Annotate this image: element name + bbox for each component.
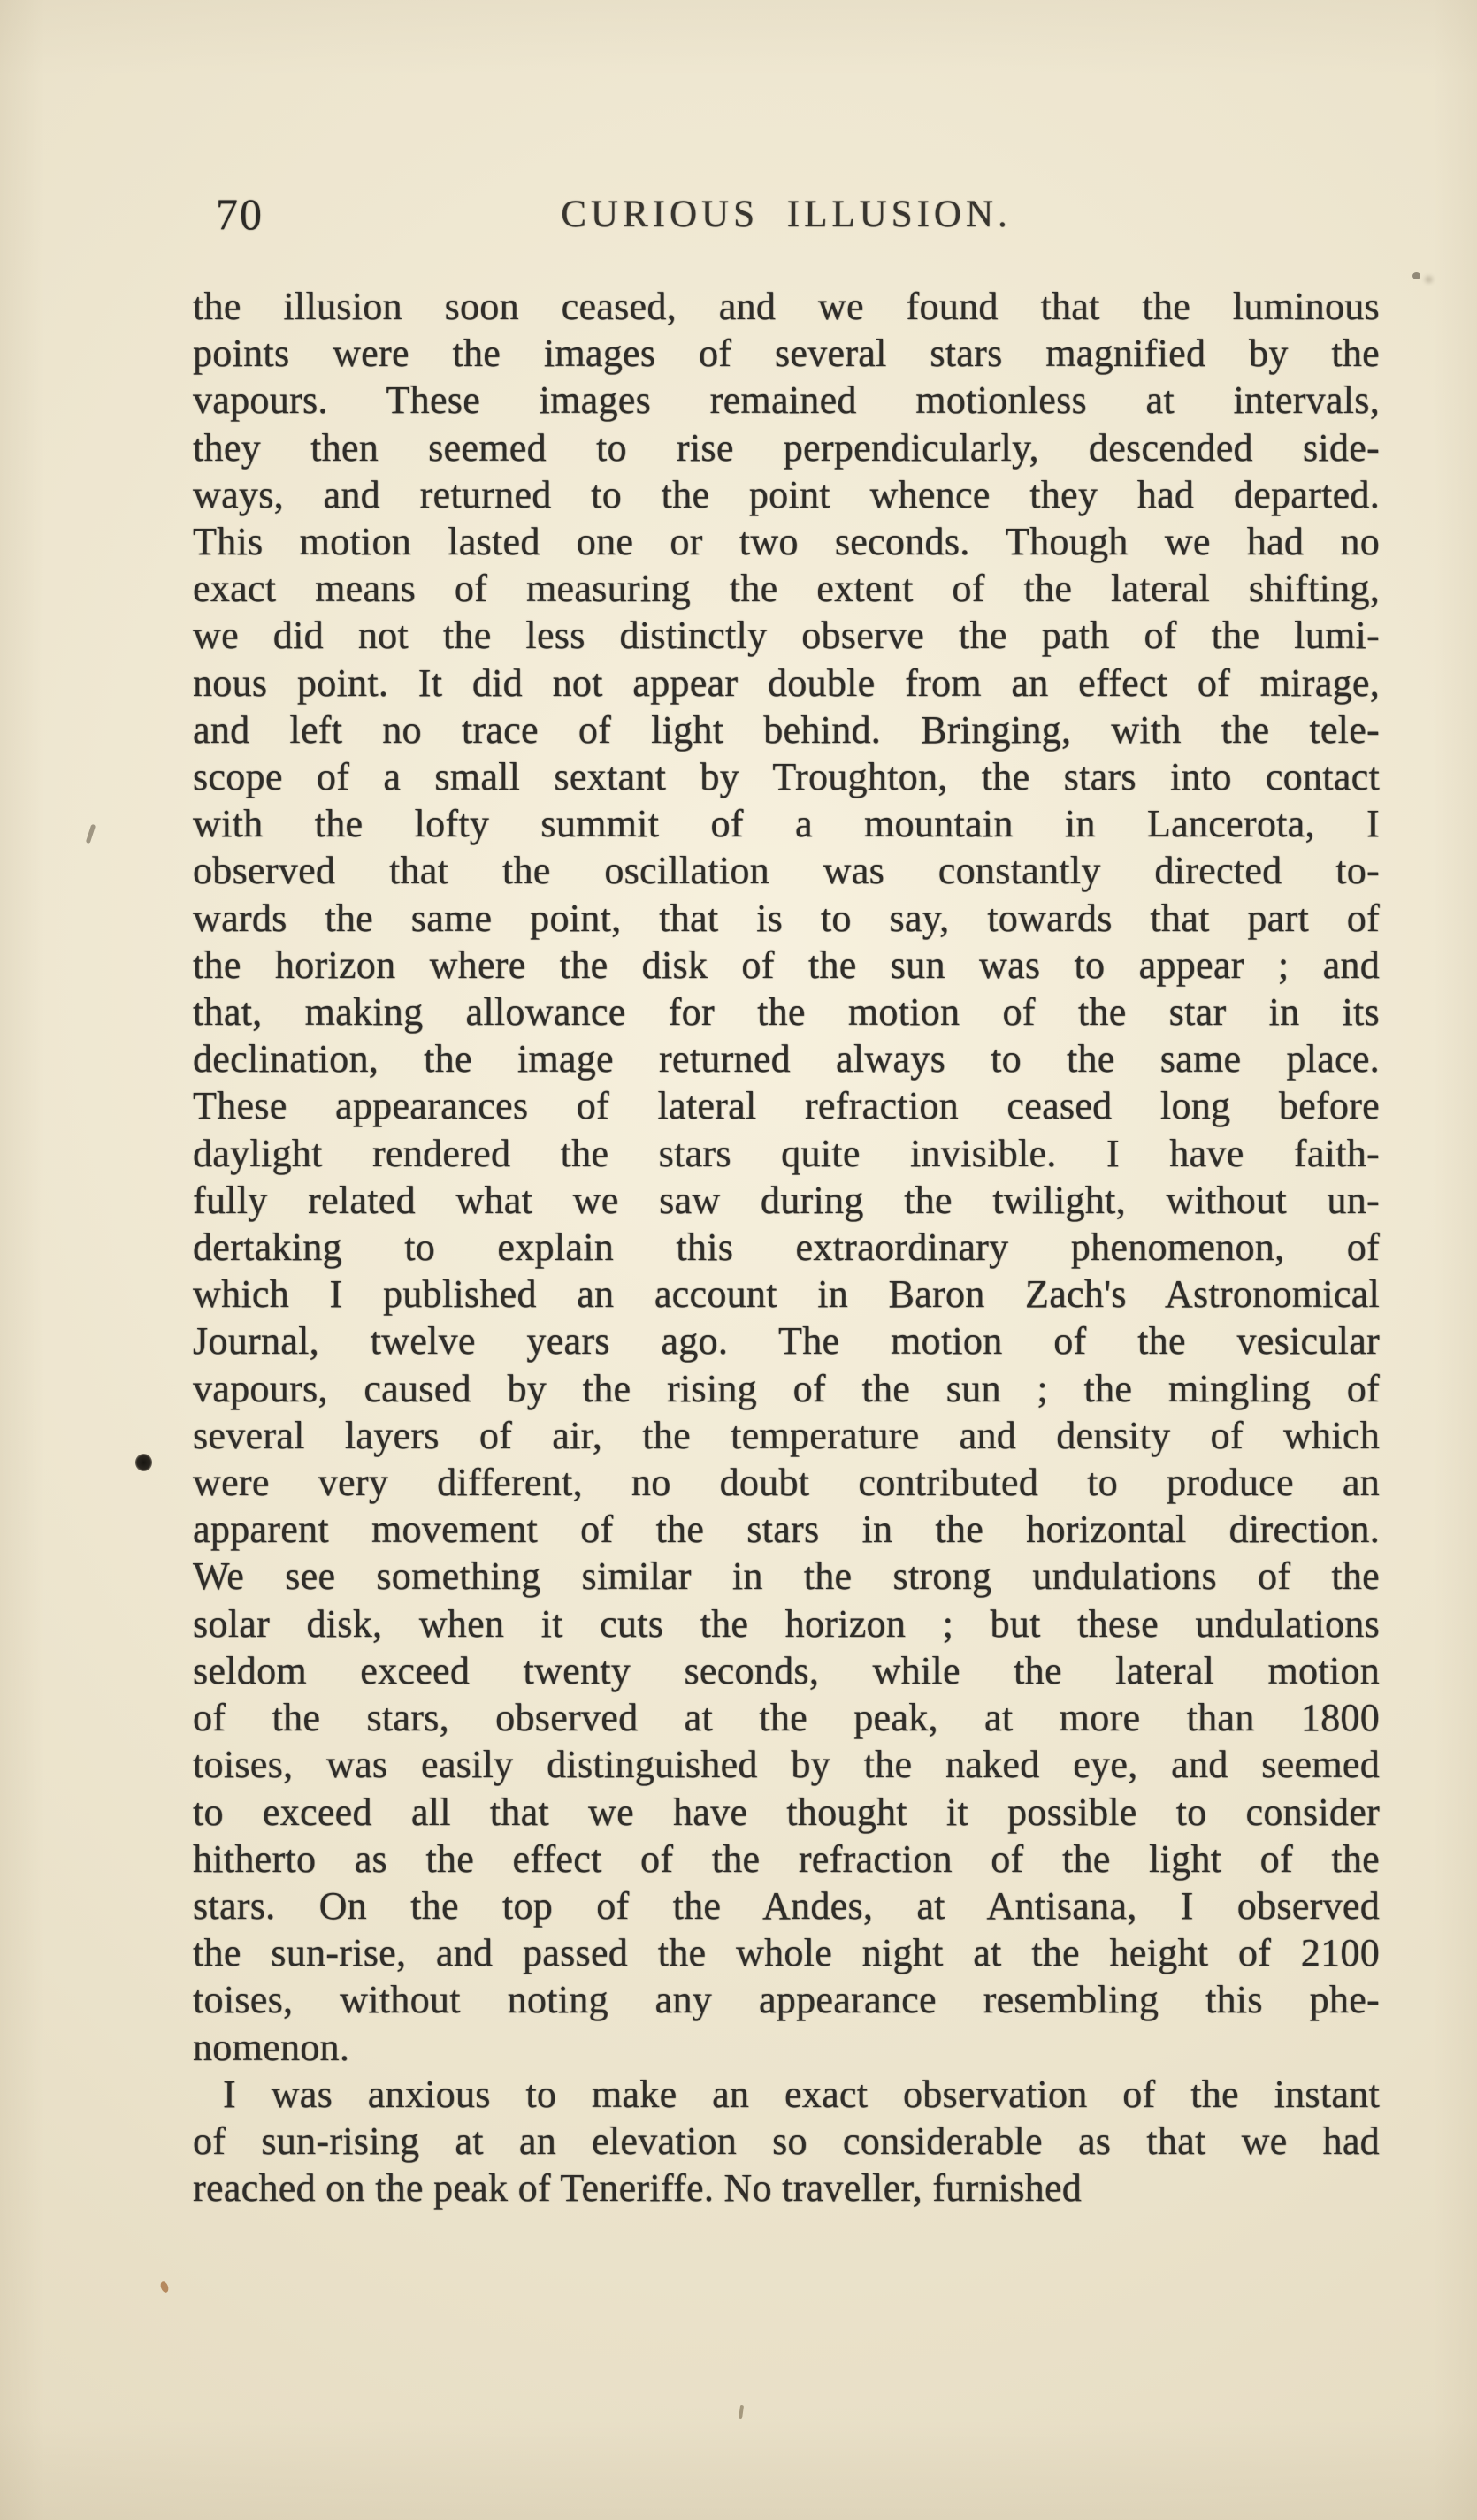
text-line: toises, was easily distinguished by the … [193,1741,1380,1788]
text-line: fully related what we saw during the twi… [193,1177,1380,1224]
ink-speck [159,2280,170,2294]
text-line: observed that the oscillation was consta… [193,847,1380,894]
text-line: the horizon where the disk of the sun wa… [193,942,1380,989]
text-line: toises, without noting any appearance re… [193,1976,1380,2023]
text-line: seldom exceed twenty seconds, while the … [193,1647,1380,1694]
paragraph: the illusion soon ceased, and we found t… [193,283,1380,2071]
text-line: We see something similar in the strong u… [193,1553,1380,1600]
text-line: dertaking to explain this extraordinary … [193,1224,1380,1271]
text-line: stars. On the top of the Andes, at Antis… [193,1882,1380,1929]
text-line: exact means of measuring the extent of t… [193,565,1380,612]
paragraph: I was anxious to make an exact observati… [193,2071,1380,2212]
text-line: I was anxious to make an exact observati… [193,2071,1380,2118]
text-line: nomenon. [193,2024,1380,2071]
text-line: vapours, caused by the rising of the sun… [193,1365,1380,1412]
page-number: 70 [216,189,264,239]
page-header: 70 CURIOUS ILLUSION. [193,189,1380,239]
text-line: to exceed all that we have thought it po… [193,1789,1380,1836]
page-body: the illusion soon ceased, and we found t… [193,283,1380,2211]
text-line: several layers of air, the temperature a… [193,1412,1380,1459]
ink-speck [135,1454,152,1471]
text-line: ways, and returned to the point whence t… [193,471,1380,518]
text-line: they then seemed to rise perpendicularly… [193,424,1380,471]
text-line: Journal, twelve years ago. The motion of… [193,1317,1380,1364]
text-line: of sun-rising at an elevation so conside… [193,2118,1380,2165]
ink-speck [1412,272,1420,279]
text-line: vapours. These images remained motionles… [193,377,1380,424]
text-line: scope of a small sextant by Troughton, t… [193,753,1380,800]
ink-speck [738,2405,744,2419]
text-line: apparent movement of the stars in the ho… [193,1506,1380,1553]
text-line: reached on the peak of Teneriffe. No tra… [193,2165,1380,2211]
ink-speck [86,824,96,844]
text-line: that, making allowance for the motion of… [193,989,1380,1035]
text-line: the sun-rise, and passed the whole night… [193,1929,1380,1976]
text-line: hitherto as the effect of the refraction… [193,1836,1380,1882]
text-line: declination, the image returned always t… [193,1035,1380,1082]
text-line: were very different, no doubt contribute… [193,1459,1380,1506]
text-line: with the lofty summit of a mountain in L… [193,800,1380,847]
text-line: solar disk, when it cuts the horizon ; b… [193,1600,1380,1647]
text-line: and left no trace of light behind. Bring… [193,706,1380,753]
text-line: nous point. It did not appear double fro… [193,660,1380,706]
text-line: wards the same point, that is to say, to… [193,895,1380,942]
book-page: 70 CURIOUS ILLUSION. the illusion soon c… [0,0,1477,2520]
text-line: points were the images of several stars … [193,330,1380,377]
text-line: the illusion soon ceased, and we found t… [193,283,1380,330]
text-line: which I published an account in Baron Za… [193,1271,1380,1317]
text-line: daylight rendered the stars quite invisi… [193,1130,1380,1177]
text-line: These appearances of lateral refraction … [193,1082,1380,1129]
running-title: CURIOUS ILLUSION. [193,189,1380,241]
text-line: we did not the less distinctly observe t… [193,612,1380,659]
text-line: This motion lasted one or two seconds. T… [193,518,1380,565]
text-line: of the stars, observed at the peak, at m… [193,1694,1380,1741]
